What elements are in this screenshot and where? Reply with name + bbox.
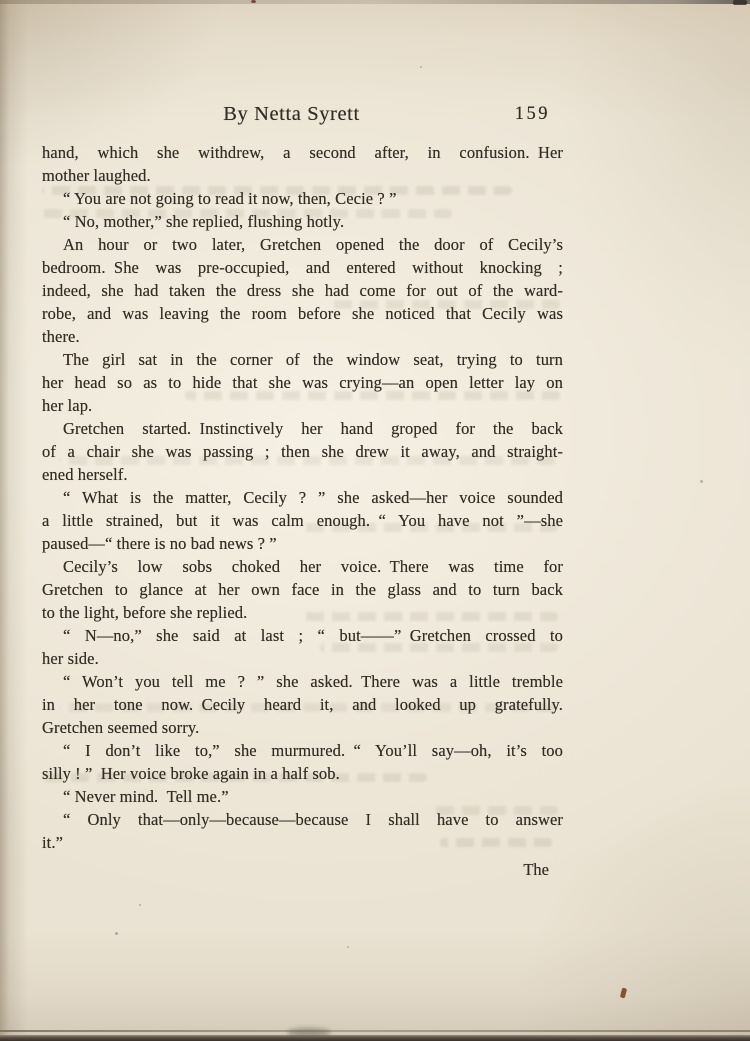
text-line: to the light, before she replied. [42,601,563,624]
paragraph: “ No, mother,” she replied, flushing hot… [42,210,563,233]
paragraph: The girl sat in the corner of the window… [42,348,563,417]
paper-speck [347,946,349,948]
paper-speck [60,262,62,265]
text-line: indeed, she had taken the dress she had … [42,279,563,302]
text-line: ened herself. [42,463,563,486]
text-line: An hour or two later, Gretchen opened th… [42,233,563,256]
text-line: mother laughed. [42,164,563,187]
corner-mark [733,0,747,5]
paragraph: “ Only that—only—because—because I shall… [42,808,563,854]
paper-speck [700,480,703,483]
paragraph: Gretchen started. Instinctively her hand… [42,417,563,486]
paper-speck [139,904,141,906]
page-left-edge-shadow [0,0,9,1041]
text-line: “ Only that—only—because—because I shall… [42,808,563,831]
running-title: By Netta Syrett [223,103,360,126]
paragraph: “ You are not going to read it now, then… [42,187,563,210]
text-line: The girl sat in the corner of the window… [42,348,563,371]
text-line: silly ! ” Her voice broke again in a hal… [42,762,563,785]
text-line: “ N—no,” she said at last ; “ but——” Gre… [42,624,563,647]
text-line: Gretchen started. Instinctively her hand… [42,417,563,440]
text-block: hand, which she withdrew, a second after… [42,141,563,854]
bottom-smudge [287,1028,331,1037]
text-line: Gretchen to glance at her own face in th… [42,578,563,601]
paper-speck [115,932,118,935]
text-line: paused—“ there is no bad news ? ” [42,532,563,555]
text-line: hand, which she withdrew, a second after… [42,141,563,164]
text-line: in her tone now. Cecily heard it, and lo… [42,693,563,716]
ink-speck [251,0,256,3]
text-line: there. [42,325,563,348]
text-line: “ No, mother,” she replied, flushing hot… [42,210,563,233]
page-bottom-edge-shadow [0,1035,750,1041]
text-line: her head so as to hide that she was cryi… [42,371,563,394]
text-line: “ I don’t like to,” she murmured. “ You’… [42,739,563,762]
paragraph: “ What is the matter, Cecily ? ” she ask… [42,486,563,555]
page-number: 159 [515,104,550,125]
text-line: “ You are not going to read it now, then… [42,187,563,210]
catchword: The [42,858,563,881]
paragraph: “ Never mind. Tell me.” [42,785,563,808]
text-line: her lap. [42,394,563,417]
paragraph: An hour or two later, Gretchen opened th… [42,233,563,348]
page-bottom-shadow-line [0,1030,750,1032]
paragraph: “ Won’t you tell me ? ” she asked. There… [42,670,563,739]
ink-speck [620,988,627,999]
text-line: of a chair she was passing ; then she dr… [42,440,563,463]
text-line: bedroom. She was pre-occupied, and enter… [42,256,563,279]
page-top-edge-shadow [0,0,750,4]
text-line: “ What is the matter, Cecily ? ” she ask… [42,486,563,509]
paper-speck [420,66,422,68]
paragraph: Cecily’s low sobs choked her voice. Ther… [42,555,563,624]
text-line: her side. [42,647,563,670]
text-line: a little strained, but it was calm enoug… [42,509,563,532]
paragraph: “ I don’t like to,” she murmured. “ You’… [42,739,563,785]
page-content: By Netta Syrett 159 hand, which she with… [42,103,563,881]
text-line: “ Never mind. Tell me.” [42,785,563,808]
text-line: it.” [42,831,563,854]
page-header: By Netta Syrett 159 [42,103,563,129]
text-line: Cecily’s low sobs choked her voice. Ther… [42,555,563,578]
book-page-scan: By Netta Syrett 159 hand, which she with… [0,0,750,1041]
text-line: Gretchen seemed sorry. [42,716,563,739]
paragraph: hand, which she withdrew, a second after… [42,141,563,187]
paragraph: “ N—no,” she said at last ; “ but——” Gre… [42,624,563,670]
text-line: robe, and was leaving the room before sh… [42,302,563,325]
text-line: “ Won’t you tell me ? ” she asked. There… [42,670,563,693]
